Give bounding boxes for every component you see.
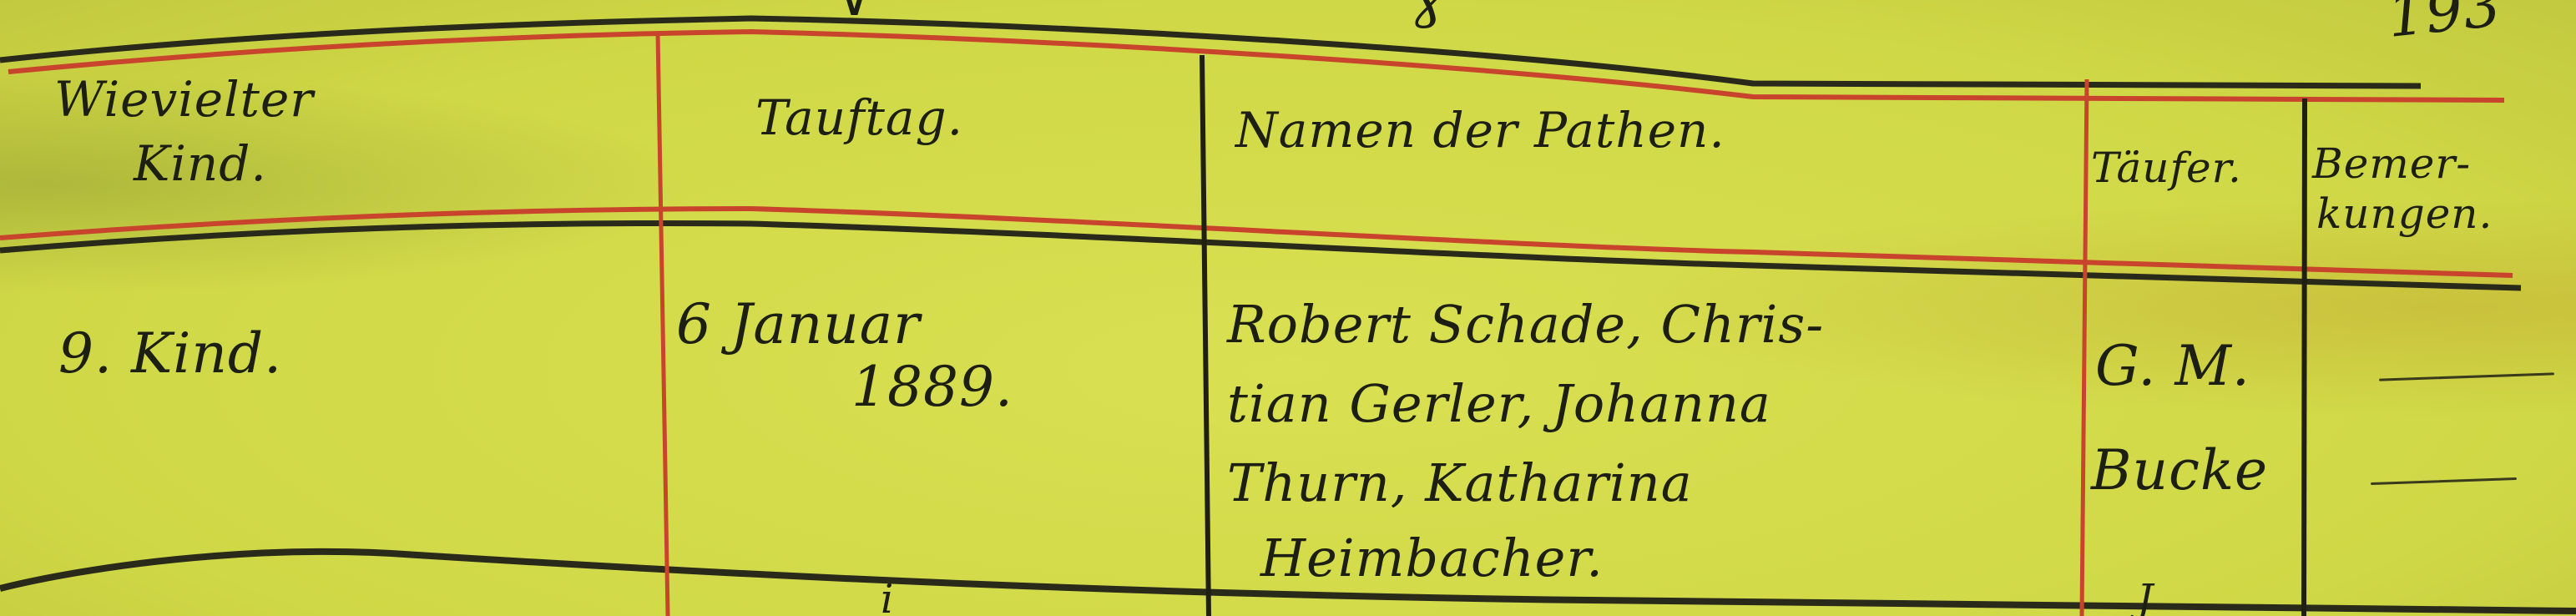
next-entry-fragment: J [2137, 576, 2153, 616]
cell-godparents-line2: tian Gerler, Johanna [1227, 371, 1771, 437]
cell-godparents-line1: Robert Schade, Chris- [1227, 292, 1824, 357]
cell-child-number: 9. Kind. [58, 321, 282, 386]
header-baptism-day: Tauftag. [755, 92, 963, 144]
header-godparents: Namen der Pathen. [1235, 104, 1725, 156]
cell-baptizer-line1: G. M. [2095, 334, 2250, 399]
register-page: 193 ∨ ɣ Wievielter Kind. Tauftag. Namen … [0, 0, 2576, 616]
cell-godparents-line3: Thurn, Katharina [1227, 451, 1693, 516]
next-entry-fragment: i [881, 576, 893, 616]
previous-entry-fragment: ɣ [1411, 0, 1442, 30]
header-remarks-line2: kungen. [2316, 188, 2493, 240]
header-remarks-line1: Bemer- [2312, 138, 2471, 189]
cell-baptism-day-line2: 1889. [851, 355, 1013, 420]
cell-baptizer-line2: Bucke [2091, 438, 2268, 503]
header-baptizer: Täufer. [2091, 142, 2242, 194]
cell-baptism-day-line1: 6 Januar [676, 292, 921, 357]
cell-godparents-line4: Heimbacher. [1260, 526, 1604, 591]
header-child-number-line2: Kind. [134, 138, 267, 189]
previous-entry-fragment: ∨ [835, 0, 874, 28]
header-child-number-line1: Wievielter [54, 73, 314, 125]
